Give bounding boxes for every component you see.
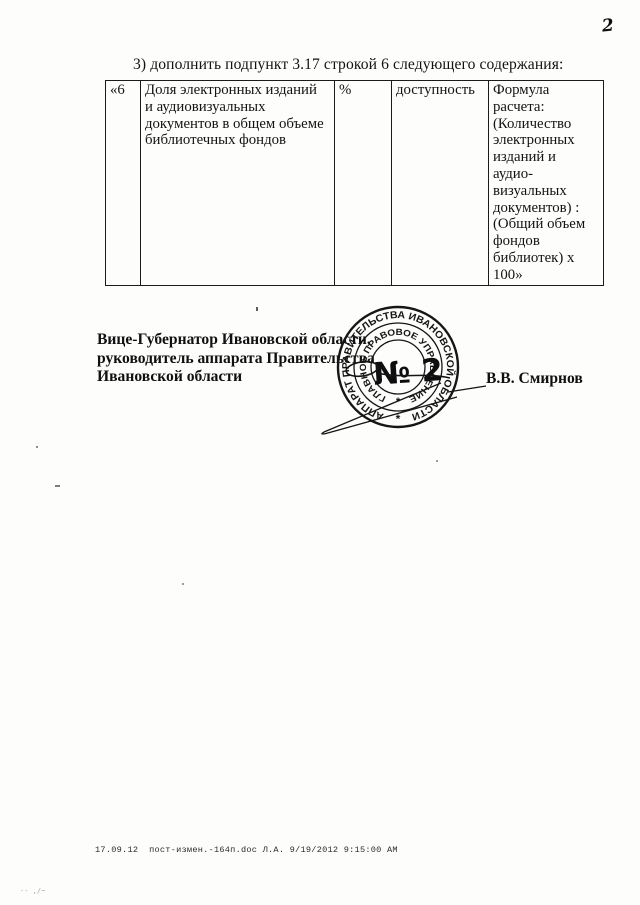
scan-speck [182, 583, 184, 585]
amendment-heading: 3) дополнить подпункт 3.17 строкой 6 сле… [133, 56, 563, 74]
signatory-name: В.В. Смирнов [486, 370, 583, 388]
scan-speck [436, 460, 438, 462]
cell-indicator-name: Доля электронных изданий и аудиовизуальн… [141, 81, 335, 286]
document-footer: 17.09.12 пост-измен.-164п.doc Л.А. 9/19/… [95, 845, 398, 855]
cell-criterion: доступность [392, 81, 489, 286]
cell-formula: Формула расчета: (Количество электронных… [489, 81, 604, 286]
indicator-table: «6 Доля электронных изданий и аудиовизуа… [105, 80, 604, 286]
scan-speck [256, 307, 258, 311]
cell-row-number: «6 [106, 81, 141, 286]
scan-speck [36, 446, 38, 448]
cell-unit: % [335, 81, 392, 286]
table-row: «6 Доля электронных изданий и аудиовизуа… [106, 81, 604, 286]
official-stamp: АППАРАТ ПРАВИТЕЛЬСТВА ИВАНОВСКОЙ ОБЛАСТИ… [300, 290, 500, 455]
scan-speck [55, 485, 60, 487]
scan-corner-artifact: -- ,/~ [20, 887, 45, 895]
page-number: 2 [601, 15, 615, 36]
